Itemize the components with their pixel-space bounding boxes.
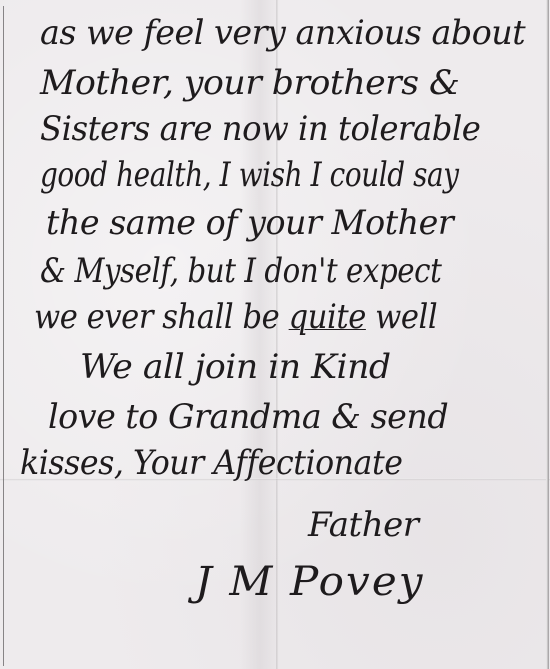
letter-line-7: we ever shall be quite well xyxy=(34,300,437,334)
paper-left-edge xyxy=(3,6,4,666)
letter-line-1: as we feel very anxious about xyxy=(40,16,525,50)
letter-line-2: Mother, your brothers & xyxy=(40,66,459,100)
letter-line-8: We all join in Kind xyxy=(80,350,391,384)
letter-page: as we feel very anxious about Mother, yo… xyxy=(0,0,550,669)
letter-line-4: good health, I wish I could say xyxy=(40,158,459,192)
closing-father: Father xyxy=(308,508,419,542)
letter-line-5: the same of your Mother xyxy=(46,206,453,240)
letter-line-7-text: we ever shall be xyxy=(34,297,279,337)
underlined-word-quite: quite xyxy=(289,297,366,337)
letter-line-3: Sisters are now in tolerable xyxy=(40,112,480,146)
letter-line-7-tail: well xyxy=(375,297,437,337)
signature: J M Povey xyxy=(195,562,425,602)
letter-line-10: kisses, Your Affectionate xyxy=(20,446,402,480)
letter-line-6: & Myself, but I don't expect xyxy=(40,254,441,288)
paper-right-edge xyxy=(546,0,549,669)
letter-line-9: love to Grandma & send xyxy=(48,400,448,434)
